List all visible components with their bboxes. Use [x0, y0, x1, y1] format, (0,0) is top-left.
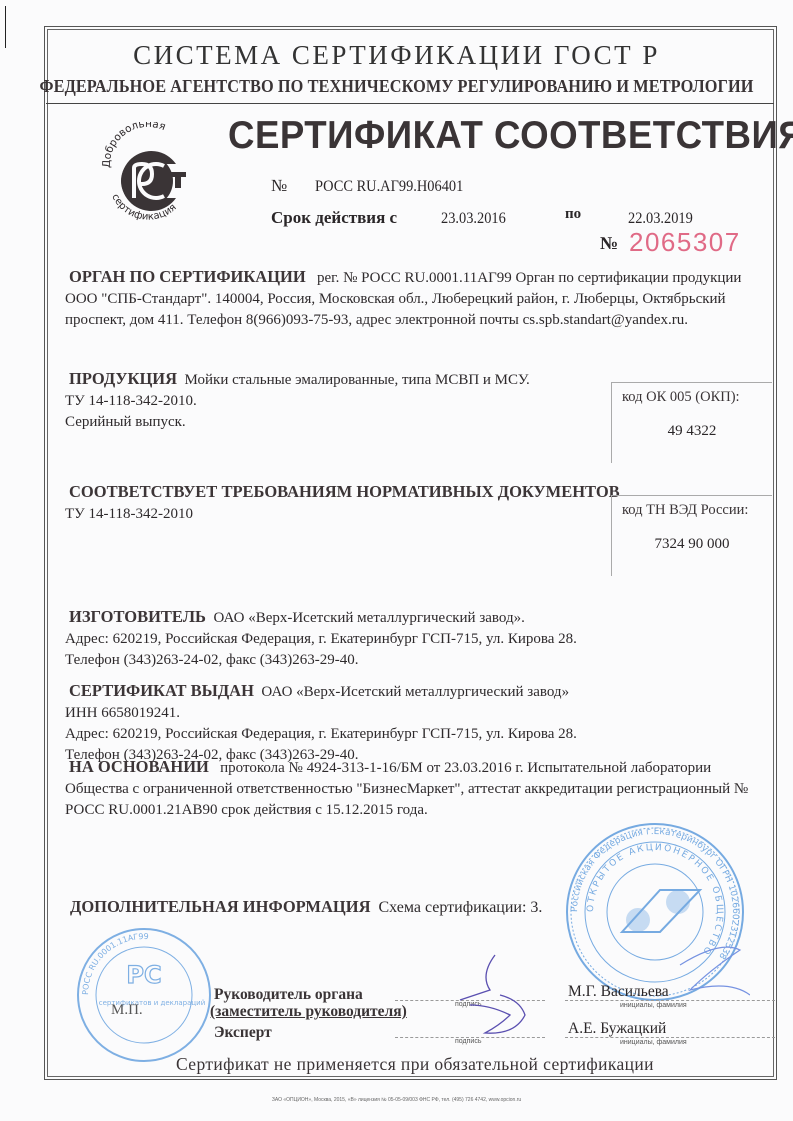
- product-line: Серийный выпуск.: [65, 412, 605, 433]
- certification-body-line: рег. № РОСС RU.0001.11АГ99 Орган по серт…: [317, 270, 742, 286]
- printer-imprint: ЗАО «ОПЦИОН», Москва, 2015, «В» лицензия…: [0, 1097, 793, 1103]
- basis-line: протокола № 4924-313-1-16/БМ от 23.03.20…: [220, 760, 711, 776]
- product-line: Мойки стальные эмалированные, типа МСВП …: [185, 372, 530, 388]
- system-title: СИСТЕМА СЕРТИФИКАЦИИ ГОСТ Р: [0, 40, 793, 71]
- manufacturer-line: ОАО «Верх-Исетский металлургический заво…: [213, 610, 524, 626]
- issued-to-line: ИНН 6658019241.: [65, 703, 765, 724]
- product-line: ТУ 14-118-342-2010.: [65, 391, 605, 412]
- issued-to-heading: СЕРТИФИКАТ ВЫДАН: [69, 681, 254, 700]
- additional-info-heading: ДОПОЛНИТЕЛЬНАЯ ИНФОРМАЦИЯ: [70, 897, 371, 916]
- issued-to-line: Адрес: 620219, Российская Федерация, г. …: [65, 724, 765, 745]
- valid-to-date: 22.03.2019: [628, 210, 693, 228]
- certification-body-section: ОРГАН ПО СЕРТИФИКАЦИИ рег. № РОСС RU.000…: [65, 266, 765, 331]
- okp-code-value: 49 4322: [612, 423, 772, 440]
- manufacturer-stamp: Российская Федерация г.Екатеринбург ОГРН…: [560, 820, 750, 1005]
- issued-to-line: ОАО «Верх-Исетский металлургический заво…: [261, 684, 569, 700]
- tnved-code-value: 7324 90 000: [612, 536, 772, 553]
- manufacturer-line: Адрес: 620219, Российская Федерация, г. …: [65, 629, 765, 650]
- handwritten-signature: [440, 945, 550, 1045]
- tnved-code-label: код ТН ВЭД России:: [622, 502, 748, 519]
- basis-section: НА ОСНОВАНИИ протокола № 4924-313-1-16/Б…: [65, 756, 765, 821]
- valid-to-label: по: [565, 206, 581, 223]
- document-title: СЕРТИФИКАТ СООТВЕТСТВИЯ: [228, 114, 793, 158]
- product-heading: ПРОДУКЦИЯ: [69, 369, 177, 388]
- certification-body-stamp: РОСС RU.0001.11АГ99 РС сертификатов и де…: [74, 925, 214, 1065]
- svg-text:РС: РС: [126, 961, 161, 989]
- okp-code-label: код ОК 005 (ОКП):: [622, 389, 740, 406]
- head-label: Руководитель органа: [214, 986, 363, 1004]
- basis-line: Общества с ограниченной ответственностью…: [65, 779, 765, 800]
- okp-code-box: код ОК 005 (ОКП): 49 4322: [611, 382, 772, 463]
- product-section: ПРОДУКЦИЯ Мойки стальные эмалированные, …: [65, 368, 605, 433]
- basis-line: РОСС RU.0001.21АВ90 срок действия с 15.1…: [65, 800, 765, 821]
- manufacturer-heading: ИЗГОТОВИТЕЛЬ: [69, 607, 206, 626]
- manufacturer-section: ИЗГОТОВИТЕЛЬ ОАО «Верх-Исетский металлур…: [65, 606, 765, 671]
- basis-heading: НА ОСНОВАНИИ: [69, 757, 209, 776]
- expert-name: А.Е. Бужацкий: [568, 1020, 666, 1038]
- additional-info: ДОПОЛНИТЕЛЬНАЯ ИНФОРМАЦИЯ Схема сертифик…: [70, 897, 542, 918]
- cert-number-label: №: [271, 176, 287, 196]
- agency-name: ФЕДЕРАЛЬНОЕ АГЕНТСТВО ПО ТЕХНИЧЕСКОМУ РЕ…: [28, 76, 765, 97]
- rst-voluntary-certification-logo: Добровольная сертификация: [98, 122, 198, 222]
- stamp-inner-text: ОТКРЫТОЕ АКЦИОНЕРНОЕ ОБЩЕСТВО: [586, 843, 724, 957]
- manufacturer-line: Телефон (343)263-24-02, факс (343)263-29…: [65, 650, 765, 671]
- name-caption: инициалы, фамилия: [620, 1039, 687, 1046]
- blank-number: 2065307: [629, 227, 741, 258]
- footer-note: Сертификат не применяется при обязательн…: [176, 1054, 654, 1075]
- certification-body-line: проспект, дом 411. Телефон 8(966)093-75-…: [65, 310, 765, 331]
- valid-from-date: 23.03.2016: [441, 210, 506, 228]
- header-divider: [46, 103, 774, 104]
- compliance-line: ТУ 14-118-342-2010: [65, 504, 625, 525]
- additional-info-text: Схема сертификации: 3.: [379, 899, 543, 916]
- certification-body-heading: ОРГАН ПО СЕРТИФИКАЦИИ: [69, 267, 306, 286]
- compliance-section: СООТВЕТСТВУЕТ ТРЕБОВАНИЯМ НОРМАТИВНЫХ ДО…: [65, 481, 625, 525]
- mp-label: М.П.: [111, 1002, 143, 1019]
- validity-label: Срок действия с: [271, 208, 397, 228]
- svg-text:ОТКРЫТОЕ АКЦИОНЕРНОЕ ОБЩЕСТВО: ОТКРЫТОЕ АКЦИОНЕРНОЕ ОБЩЕСТВО: [586, 843, 724, 957]
- name-caption: инициалы, фамилия: [620, 1002, 687, 1009]
- issued-to-section: СЕРТИФИКАТ ВЫДАН ОАО «Верх-Исетский мета…: [65, 680, 765, 766]
- compliance-heading: СООТВЕТСТВУЕТ ТРЕБОВАНИЯМ НОРМАТИВНЫХ ДО…: [69, 482, 620, 501]
- tnved-code-box: код ТН ВЭД России: 7324 90 000: [611, 495, 772, 576]
- certification-body-line: ООО "СПБ-Стандарт". 140004, Россия, Моск…: [65, 289, 765, 310]
- expert-label: Эксперт: [214, 1024, 272, 1042]
- cert-number: РОСС RU.АГ99.Н06401: [315, 178, 463, 196]
- head-name: М.Г. Васильева: [568, 983, 669, 1001]
- deputy-label: (заместитель руководителя): [210, 1003, 407, 1021]
- blank-number-label: №: [600, 233, 618, 254]
